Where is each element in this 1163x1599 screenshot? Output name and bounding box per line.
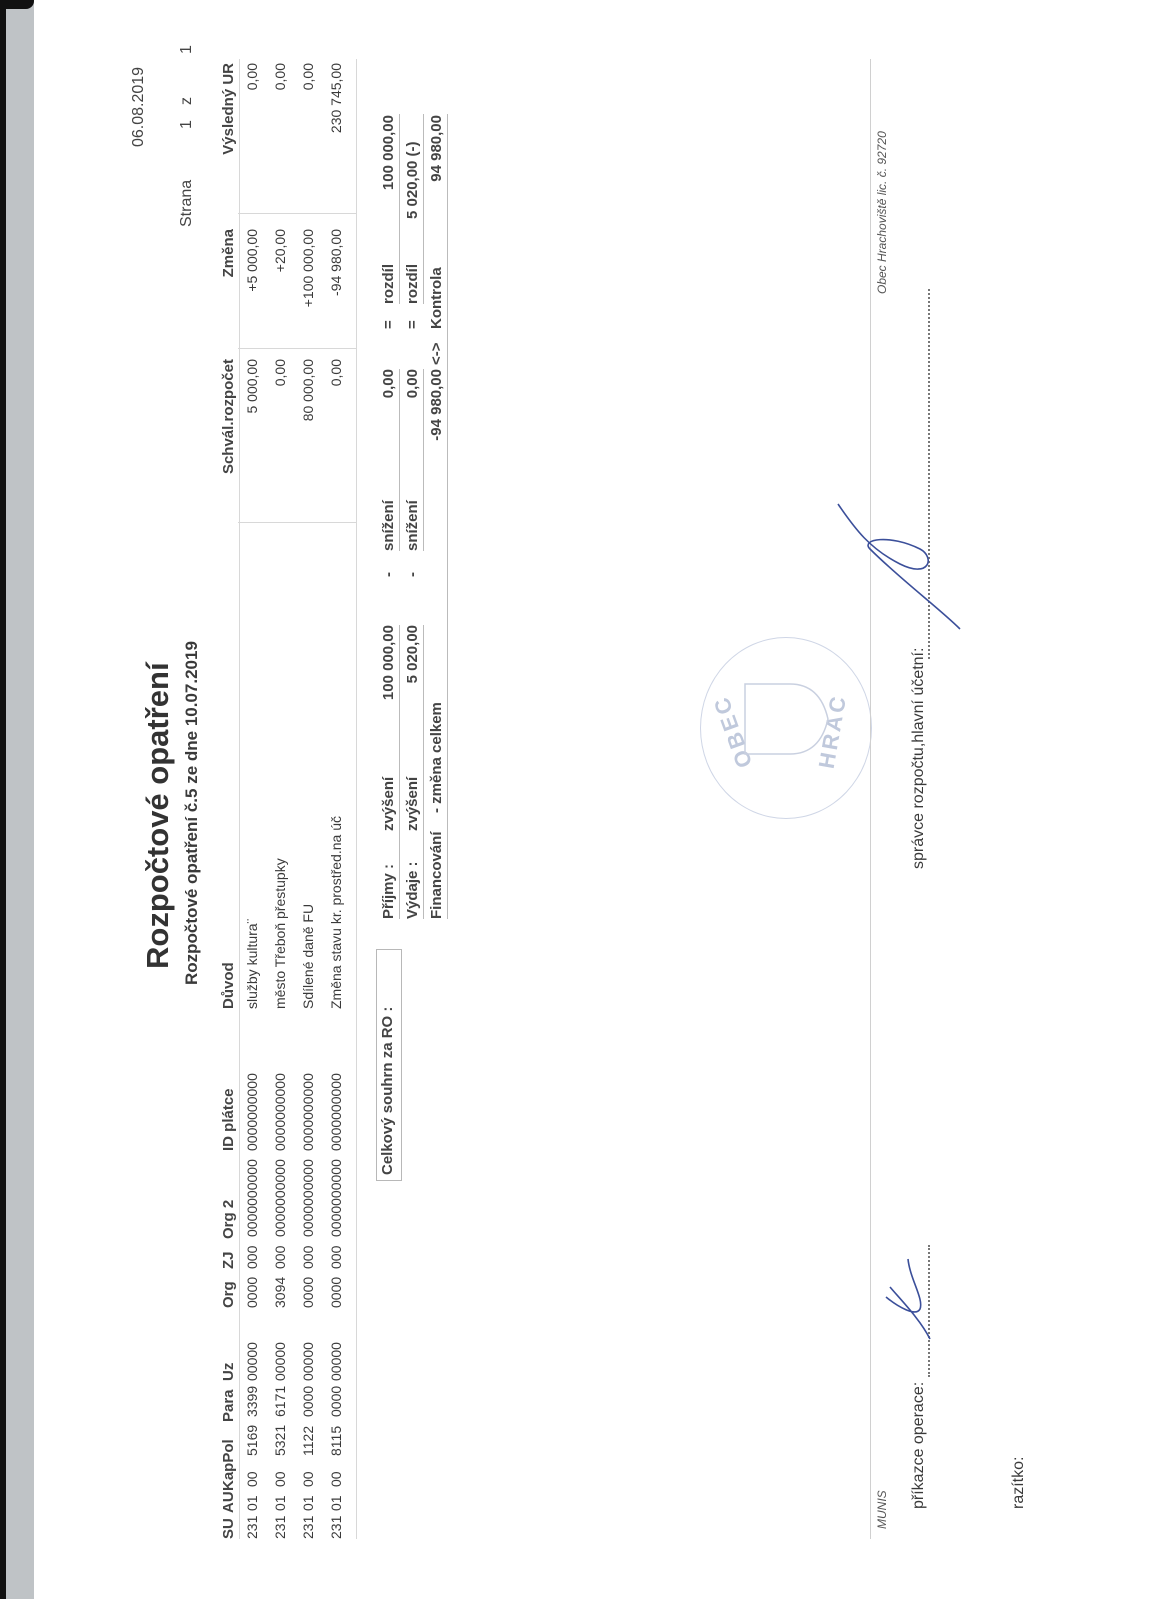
cell-vysl: 230 745,00 — [328, 63, 344, 199]
cell-uz: 00000 — [244, 1342, 260, 1381]
cell-su: 231 — [272, 1516, 288, 1539]
cell-duvod: Změna stavu kr. prostřed.na úč — [328, 816, 344, 1009]
financovani-total: -94 980,00 — [428, 369, 445, 469]
spravce-signature — [830, 479, 970, 639]
cell-au: 01 — [300, 1495, 316, 1511]
cell-org: 0000 — [328, 1277, 344, 1308]
summary-underline — [399, 114, 400, 304]
cell-schval: 80 000,00 — [300, 359, 316, 519]
prijmy-increase: 100 000,00 — [380, 625, 397, 739]
prijmy-increase-label: zvýšení — [380, 777, 397, 831]
summary-underline — [423, 369, 424, 551]
cell-para: 0000 — [300, 1386, 316, 1417]
cell-kap: 00 — [272, 1471, 288, 1487]
vydaje-label: Výdaje : — [404, 861, 421, 919]
col-header-org2: Org 2 — [220, 1200, 237, 1239]
cell-org2: 0000000000 — [244, 1159, 260, 1237]
license-text: Obec Hrachoviště lic. č. 92720 — [875, 131, 889, 294]
prijmy-label: Příjmy : — [380, 864, 397, 919]
stamp-coat-of-arms — [740, 679, 830, 759]
cell-org2: 0000000000 — [272, 1159, 288, 1237]
cell-para: 0000 — [328, 1386, 344, 1417]
footer-rule — [870, 59, 871, 1539]
financovani-arrow: <-> — [428, 342, 445, 365]
cell-para: 3399 — [244, 1386, 260, 1417]
cell-au: 01 — [328, 1495, 344, 1511]
cell-para: 6171 — [272, 1386, 288, 1417]
prijmy-decrease-label: snížení — [380, 500, 397, 551]
cell-su: 231 — [328, 1516, 344, 1539]
prijmy-decrease: 0,00 — [380, 369, 397, 469]
cell-zmena: +100 000,00 — [300, 229, 316, 339]
cell-id: 0000000000 — [244, 1073, 260, 1151]
page-total: 1 — [178, 45, 196, 54]
cell-id: 0000000000 — [272, 1073, 288, 1151]
vydaje-decrease: 0,00 — [404, 369, 421, 469]
grid-col-divider — [238, 522, 356, 523]
cell-pol: 1122 — [300, 1426, 316, 1456]
razitko-label: razítko: — [1010, 1457, 1028, 1509]
cell-uz: 00000 — [272, 1342, 288, 1381]
cell-kap: 00 — [300, 1471, 316, 1487]
page-number: 1 — [178, 120, 196, 129]
cell-pol: 5169 — [244, 1425, 260, 1456]
vydaje-increase: 5 020,00 — [404, 625, 421, 739]
spravce-label: správce rozpočtu,hlavní účetní: — [910, 648, 928, 869]
kontrola-value: 94 980,00 — [428, 115, 445, 219]
print-date: 06.08.2019 — [130, 67, 148, 147]
prijmy-diff-label: rozdíl — [380, 264, 397, 304]
financovani-change-label: - změna celkem — [428, 702, 445, 813]
vydaje-decrease-label: snížení — [404, 500, 421, 551]
cell-id: 0000000000 — [300, 1073, 316, 1151]
financovani-label: Financování — [428, 831, 445, 919]
cell-org: 0000 — [300, 1277, 316, 1308]
summary-label: Celkový souhrn za RO : — [379, 1007, 396, 1175]
cell-pol: 5321 — [272, 1425, 288, 1456]
document-subtitle: Rozpočtové opatření č.5 ze dne 10.07.201… — [182, 641, 202, 985]
cell-uz: 00000 — [300, 1342, 316, 1381]
cell-au: 01 — [272, 1495, 288, 1511]
table-bottom-rule — [356, 59, 357, 1539]
cell-org: 3094 — [272, 1277, 288, 1308]
col-header-org: Org — [220, 1281, 237, 1308]
cell-schval: 5 000,00 — [244, 359, 260, 519]
cell-zmena: +5 000,00 — [244, 229, 260, 339]
col-header-zmena: Změna — [220, 229, 237, 319]
col-header-id-platce: ID plátce — [220, 1088, 237, 1151]
cell-duvod: Sdílené daně FU — [300, 904, 316, 1009]
cell-su: 231 — [244, 1516, 260, 1539]
summary-underline — [399, 625, 400, 919]
prijmy-minus: - — [380, 572, 397, 577]
cell-org2: 0000000000 — [328, 1159, 344, 1237]
software-name: MUNIS — [875, 1490, 889, 1529]
cell-au: 01 — [244, 1495, 260, 1511]
vydaje-diff: 5 020,00 (-) — [404, 141, 421, 219]
cell-pol: 8115 — [328, 1426, 344, 1456]
page-label: Strana — [178, 180, 196, 227]
vydaje-increase-label: zvýšení — [404, 777, 421, 831]
cell-schval: 0,00 — [272, 359, 288, 519]
cell-zj: 000 — [328, 1246, 344, 1269]
col-header-duvod: Důvod — [220, 962, 237, 1009]
cell-duvod: služby kultura¨ — [244, 919, 260, 1009]
cell-zj: 000 — [244, 1246, 260, 1269]
vydaje-minus: - — [404, 572, 421, 577]
header-rule — [239, 59, 240, 1539]
summary-underline — [423, 114, 424, 304]
summary-underline — [399, 369, 400, 551]
prijmy-equals: = — [380, 320, 397, 329]
summary-underline — [447, 114, 448, 919]
cell-org: 0000 — [244, 1277, 260, 1308]
document-title: Rozpočtové opatření — [140, 662, 176, 969]
cell-zmena: +20,00 — [272, 229, 288, 339]
summary-underline — [423, 625, 424, 919]
vydaje-equals: = — [404, 320, 421, 329]
col-header-zj: ZJ — [220, 1251, 237, 1269]
prijmy-diff: 100 000,00 — [380, 115, 397, 219]
prikazce-label: příkazce operace: — [910, 1382, 928, 1509]
cell-org2: 0000000000 — [300, 1159, 316, 1237]
cell-uz: 00000 — [328, 1342, 344, 1381]
cell-duvod: město Třeboň přestupky — [272, 858, 288, 1009]
cell-zj: 000 — [272, 1246, 288, 1269]
grid-col-divider — [238, 213, 356, 214]
cell-su: 231 — [300, 1516, 316, 1539]
document-sheet: Rozpočtové opatření Rozpočtové opatření … — [0, 0, 1163, 1599]
cell-id: 0000000000 — [328, 1073, 344, 1151]
kontrola-label: Kontrola — [428, 267, 445, 329]
cell-vysl: 0,00 — [272, 63, 288, 199]
vydaje-diff-label: rozdíl — [404, 264, 421, 304]
col-header-uz: Uz — [220, 1363, 237, 1381]
cell-vysl: 0,00 — [244, 63, 260, 199]
col-header-au: AU — [220, 1491, 237, 1513]
cell-vysl: 0,00 — [300, 63, 316, 199]
col-header-kappol: KapPol — [220, 1439, 237, 1491]
prikazce-signature — [880, 1249, 940, 1359]
col-header-para: Para — [220, 1389, 237, 1422]
col-header-vysledny-ur: Výsledný UR — [220, 63, 237, 169]
col-header-su: SU — [220, 1518, 237, 1539]
cell-zmena: -94 980,00 — [328, 229, 344, 339]
cell-zj: 000 — [300, 1246, 316, 1269]
cell-schval: 0,00 — [328, 359, 344, 519]
page-of: z — [178, 97, 196, 105]
cell-kap: 00 — [244, 1471, 260, 1487]
col-header-schval-rozpocet: Schvál.rozpočet — [220, 359, 237, 519]
cell-kap: 00 — [328, 1471, 344, 1487]
grid-col-divider — [238, 348, 356, 349]
